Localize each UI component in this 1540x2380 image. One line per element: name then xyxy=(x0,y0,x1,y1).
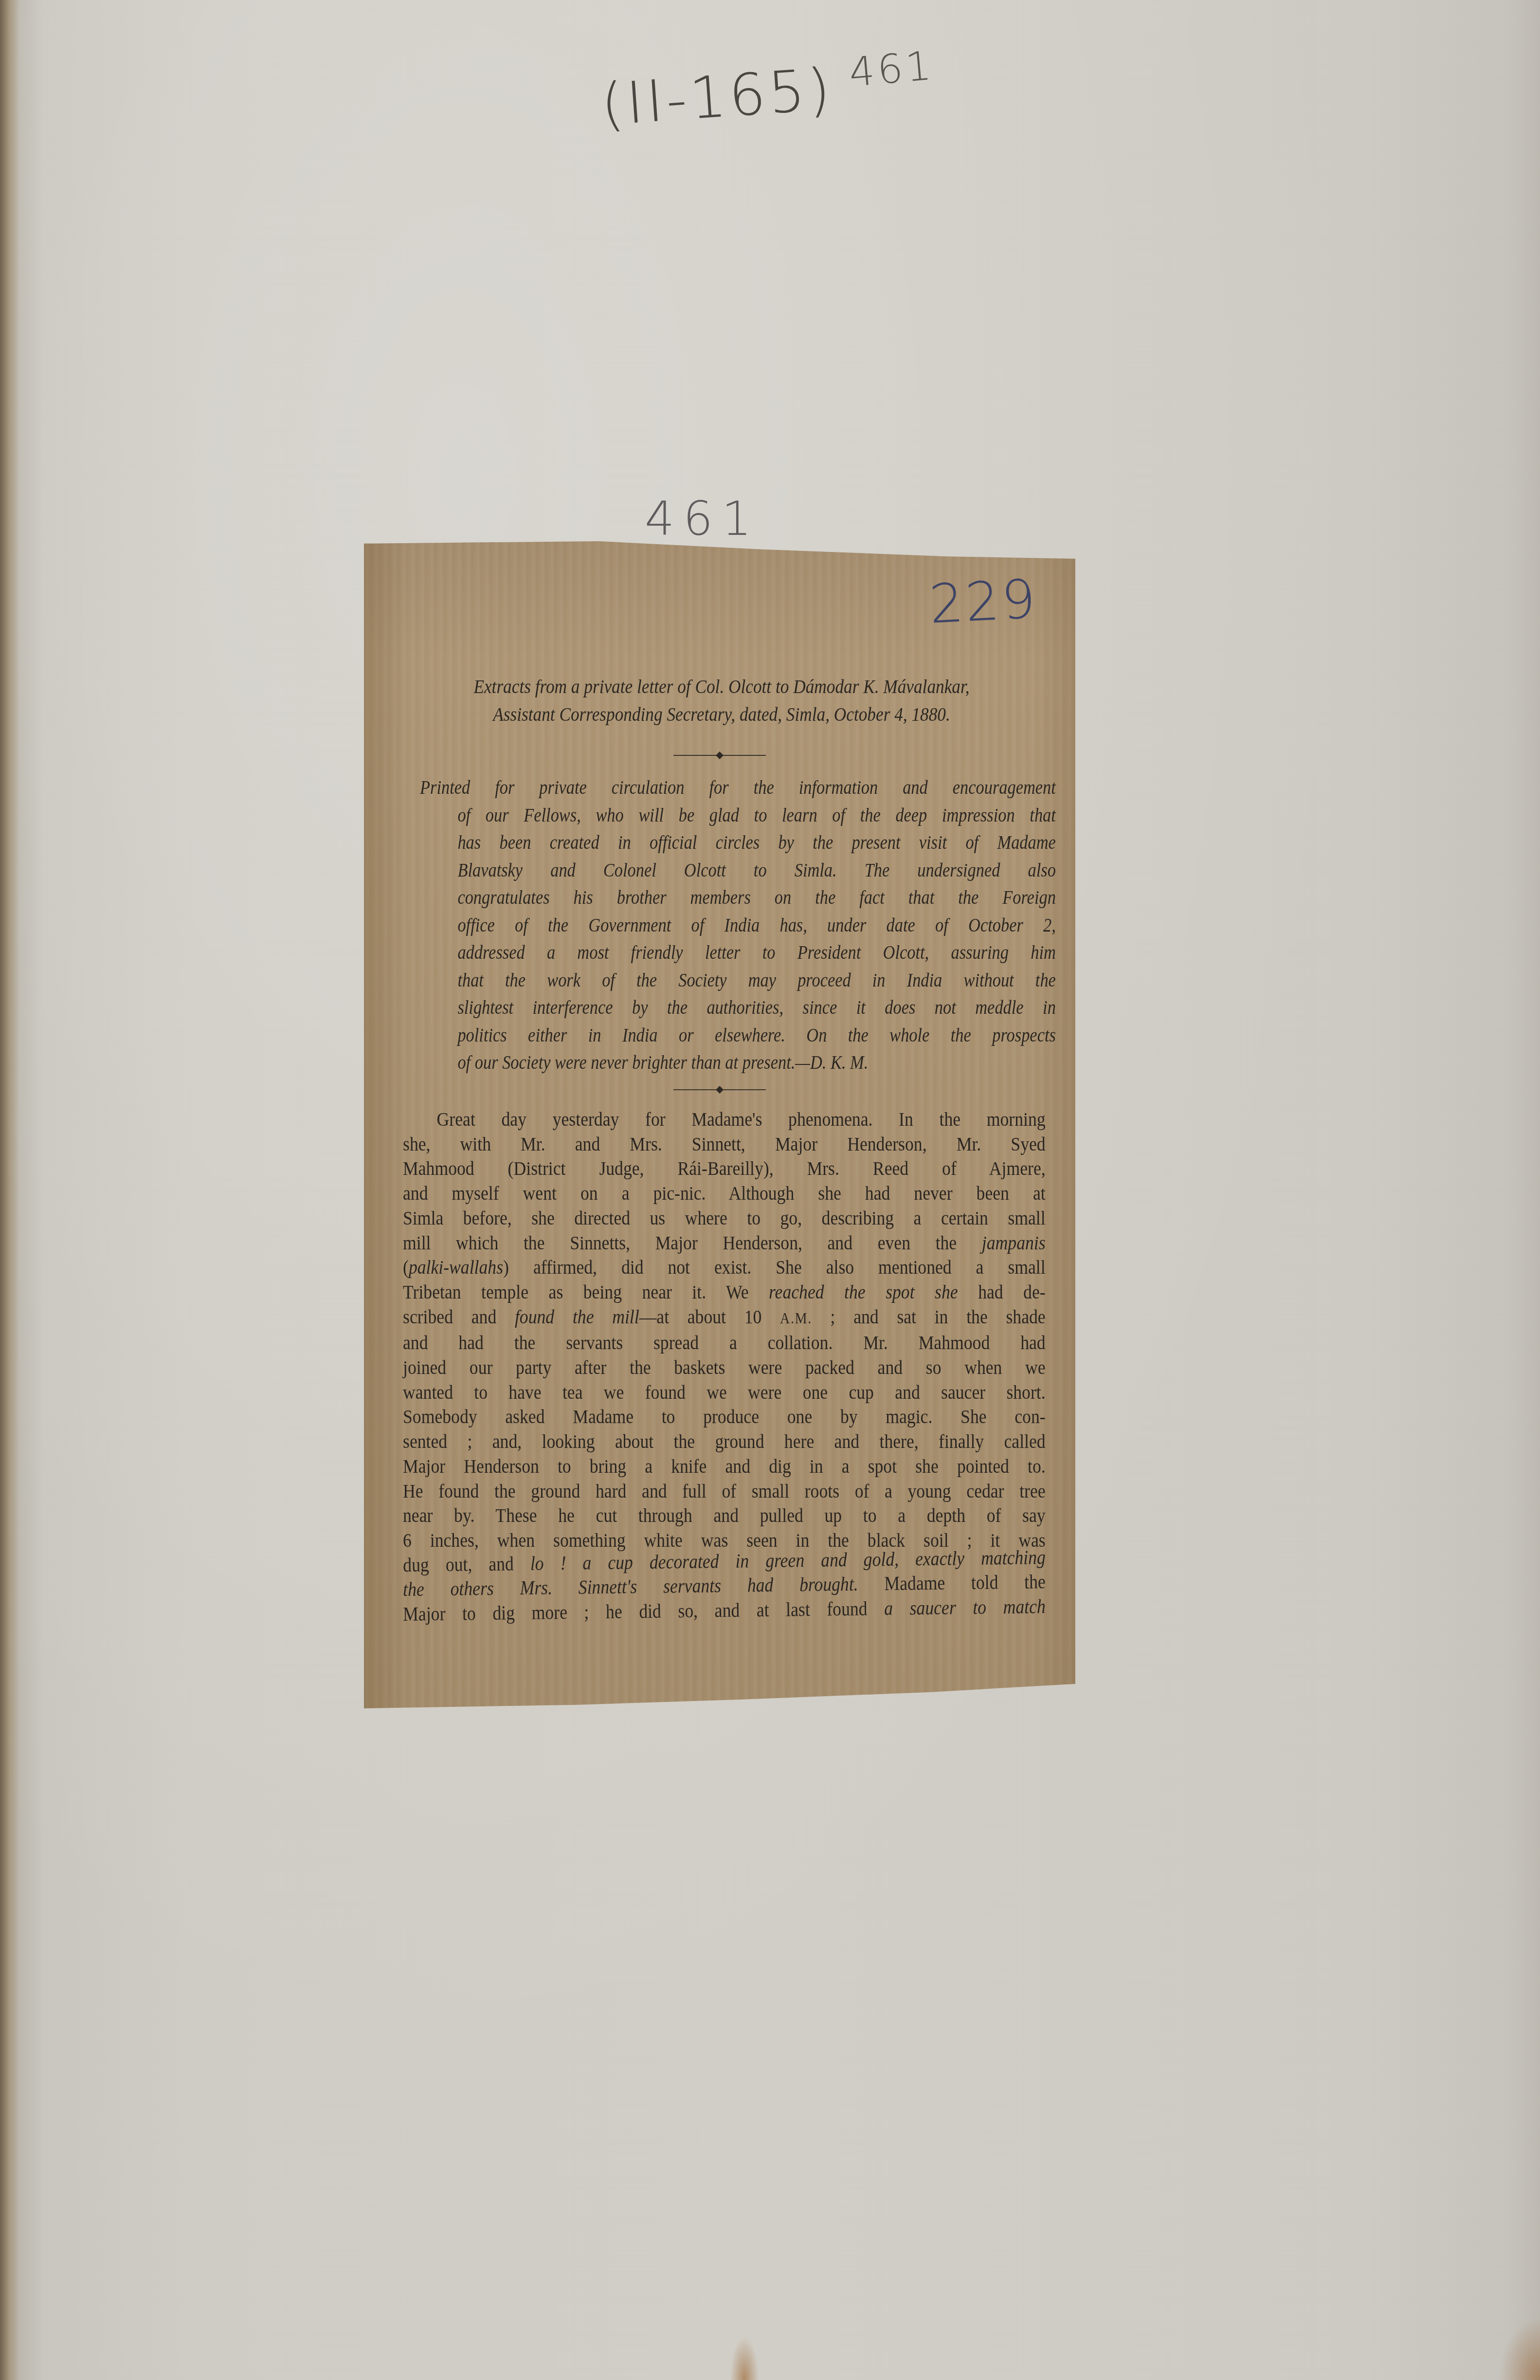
foxing-stain xyxy=(1499,2317,1540,2380)
letter-italic-text: the others Mrs. Sinnett's servants had b… xyxy=(403,1573,858,1600)
letter-line: Great day yesterday for Madame's phenome… xyxy=(403,1107,1046,1132)
notice-signature-line: of our Society were never brighter than … xyxy=(420,1049,1056,1077)
notice-line: congratulates his brother members on the… xyxy=(420,884,1056,912)
letter-line: (palki-wallahs) affirmed, did not exist.… xyxy=(403,1255,1046,1280)
letter-text: scribed and xyxy=(403,1305,515,1328)
heading-line: Assistant Corresponding Secretary, dated… xyxy=(460,700,983,728)
notice-line: Printed for private circulation for the … xyxy=(420,774,1056,802)
letter-text: —at about 10 xyxy=(639,1305,780,1328)
letter-text: mill which the Sinnetts, Major Henderson… xyxy=(403,1231,982,1254)
letter-italic-text: palki-wallahs xyxy=(409,1256,503,1278)
letter-line: scribed and found the mill—at about 10 A… xyxy=(403,1304,1046,1331)
letter-extract: Great day yesterday for Madame's phenome… xyxy=(403,1107,1045,1627)
folio-number-annotation-pencil: 461 xyxy=(645,492,760,546)
letter-line: sented ; and, looking about the ground h… xyxy=(403,1429,1046,1454)
newspaper-clipping: 229 Extracts from a private letter of Co… xyxy=(364,541,1075,1708)
letter-line: and myself went on a pic-nic. Although s… xyxy=(403,1181,1046,1206)
letter-line: near by. These he cut through and pulled… xyxy=(403,1503,1046,1528)
notice-line: slightest interference by the authoritie… xyxy=(420,994,1056,1022)
letter-text: dug out, and xyxy=(403,1552,530,1576)
diamond-rule-icon xyxy=(673,752,766,759)
letter-line: joined our party after the baskets were … xyxy=(403,1355,1046,1380)
letter-italic-text: reached the spot she xyxy=(769,1281,958,1303)
notice-line: of our Fellows, who will be glad to lear… xyxy=(420,802,1056,829)
letter-line: Major Henderson to bring a knife and dig… xyxy=(403,1454,1046,1479)
letter-line: Mahmood (District Judge, Rái-Bareilly), … xyxy=(403,1156,1046,1181)
notice-line: office of the Government of India has, u… xyxy=(420,912,1056,939)
letter-text: Madame told the xyxy=(858,1570,1046,1595)
letter-line: Tribetan temple as being near it. We rea… xyxy=(403,1280,1046,1304)
foxing-stain xyxy=(730,2336,759,2380)
letter-line: He found the ground hard and full of sma… xyxy=(403,1479,1046,1503)
printed-notice: Printed for private circulation for the … xyxy=(420,774,1057,1077)
notice-line: has been created in official circles by … xyxy=(420,829,1056,857)
letter-line: Simla before, she directed us where to g… xyxy=(403,1206,1046,1230)
letter-italic-text: jampanis xyxy=(982,1231,1046,1254)
letter-smallcaps-text: A.M. xyxy=(780,1309,812,1327)
letter-text: ( xyxy=(403,1256,409,1278)
letter-italic-text: found the mill xyxy=(515,1305,639,1328)
letter-line: and had the servants spread a collation.… xyxy=(403,1330,1046,1355)
letter-italic-text: a saucer to match xyxy=(884,1595,1046,1619)
notice-line: addressed a most friendly letter to Pres… xyxy=(420,939,1056,967)
letter-text: ) affirmed, did not exist. She also ment… xyxy=(503,1256,1046,1278)
clipping-heading: Extracts from a private letter of Col. O… xyxy=(460,673,983,728)
letter-text: ; and sat in the shade xyxy=(812,1305,1046,1328)
notice-line: Blavatsky and Colonel Olcott to Simla. T… xyxy=(420,857,1056,884)
letter-text: Major to dig more ; he did so, and at la… xyxy=(403,1597,884,1625)
letter-line: wanted to have tea we found we were one … xyxy=(403,1380,1046,1405)
letter-line: mill which the Sinnetts, Major Henderson… xyxy=(403,1230,1046,1255)
clipping-number-annotation: 229 xyxy=(928,568,1039,635)
heading-line: Extracts from a private letter of Col. O… xyxy=(460,673,983,700)
folio-number-annotation: 461 xyxy=(847,43,936,96)
notice-line: that the work of the Society may proceed… xyxy=(420,967,1056,994)
letter-text: Tribetan temple as being near it. We xyxy=(403,1281,769,1303)
notice-line: politics either in India or elsewhere. O… xyxy=(420,1022,1056,1049)
letter-text: had de- xyxy=(958,1281,1046,1303)
letter-line: she, with Mr. and Mrs. Sinnett, Major He… xyxy=(403,1132,1046,1156)
diamond-rule-icon xyxy=(673,1086,766,1093)
letter-line: Somebody asked Madame to produce one by … xyxy=(403,1404,1046,1429)
page-edge-stain xyxy=(0,0,19,2380)
